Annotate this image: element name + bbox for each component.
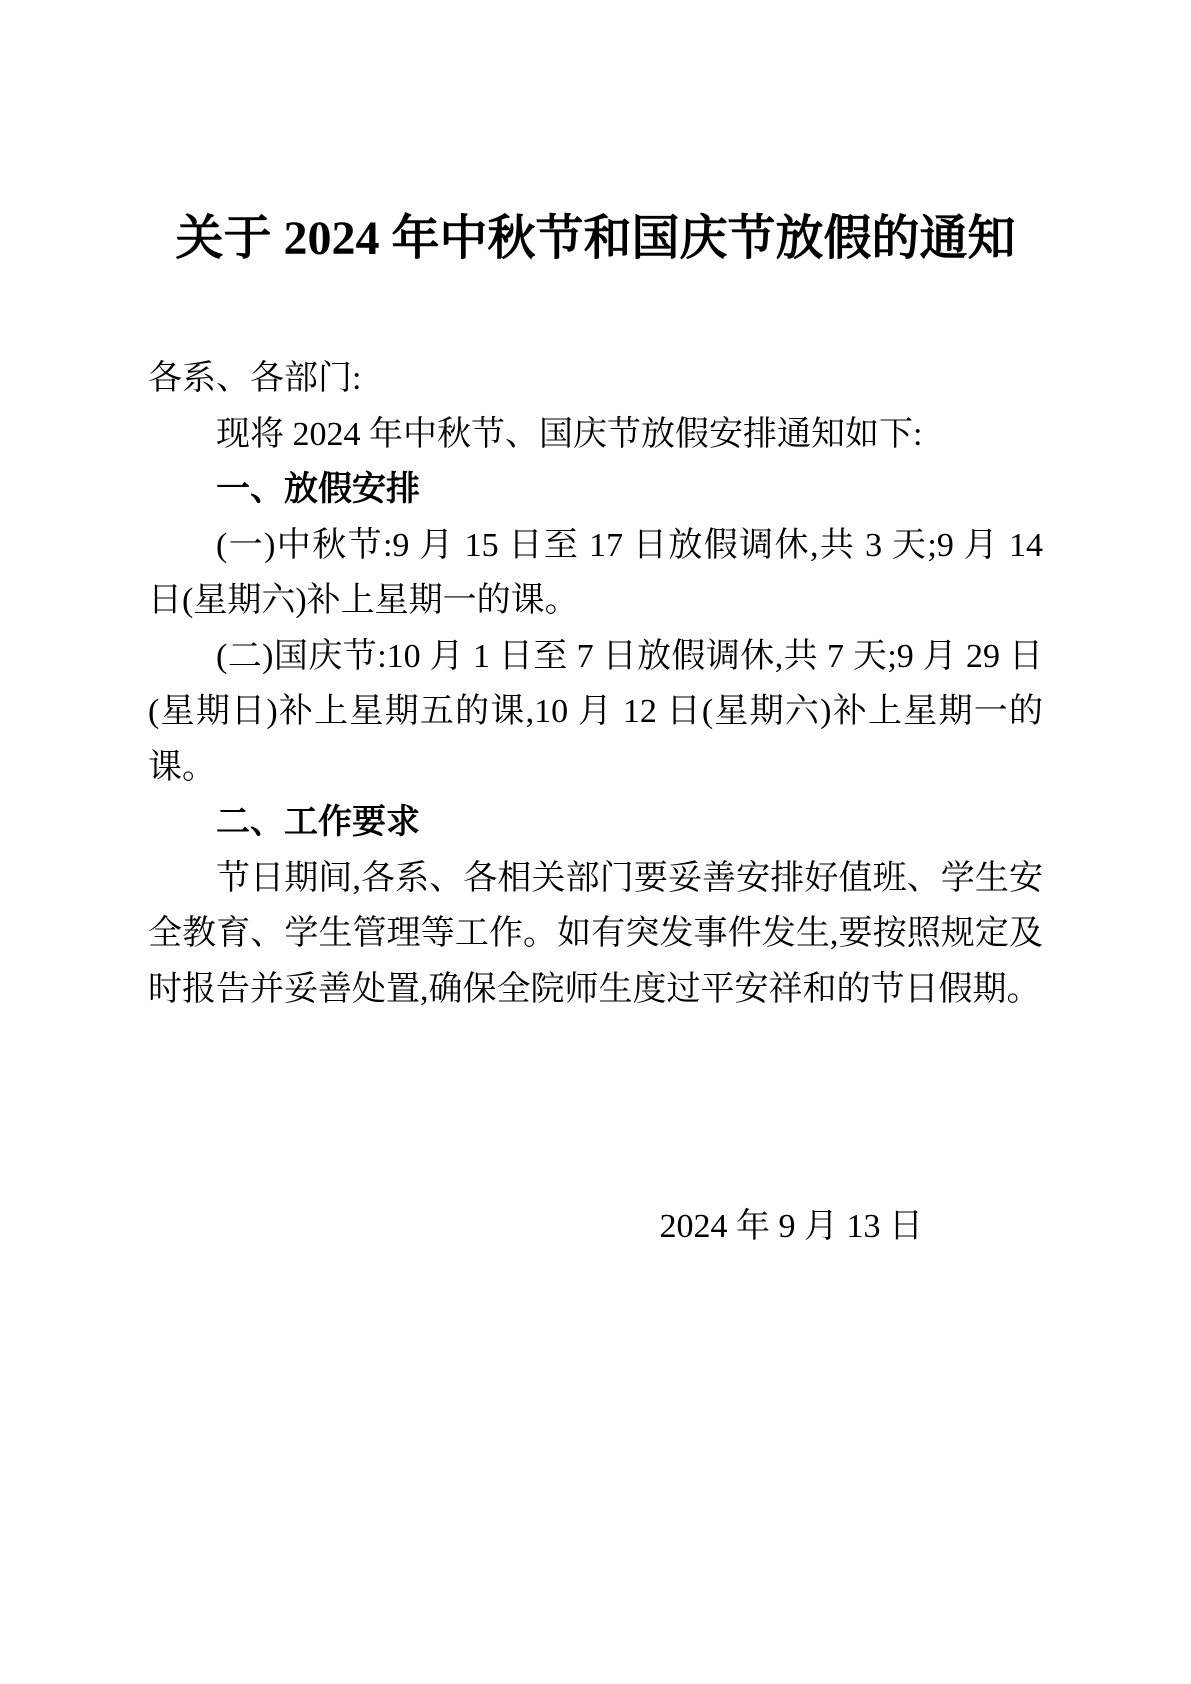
holiday-arrangement-heading: 一、放假安排 [148,462,1043,518]
mid-autumn-paragraph: (一)中秋节:9 月 15 日至 17 日放假调休,共 3 天;9 月 14 日… [148,518,1043,629]
intro-paragraph: 现将 2024 年中秋节、国庆节放假安排通知如下: [148,407,1043,463]
salutation: 各系、各部门: [148,351,1043,407]
national-day-paragraph: (二)国庆节:10 月 1 日至 7 日放假调休,共 7 天;9 月 29 日(… [148,629,1043,796]
document-title: 关于 2024 年中秋节和国庆节放假的通知 [148,205,1043,273]
signature-date: 2024 年 9 月 13 日 [148,1199,1043,1255]
work-requirements-paragraph: 节日期间,各系、各相关部门要妥善安排好值班、学生安全教育、学生管理等工作。如有突… [148,851,1043,1018]
work-requirements-heading: 二、工作要求 [148,795,1043,851]
notice-page: 关于 2024 年中秋节和国庆节放假的通知 各系、各部门: 现将 2024 年中… [0,0,1191,1684]
